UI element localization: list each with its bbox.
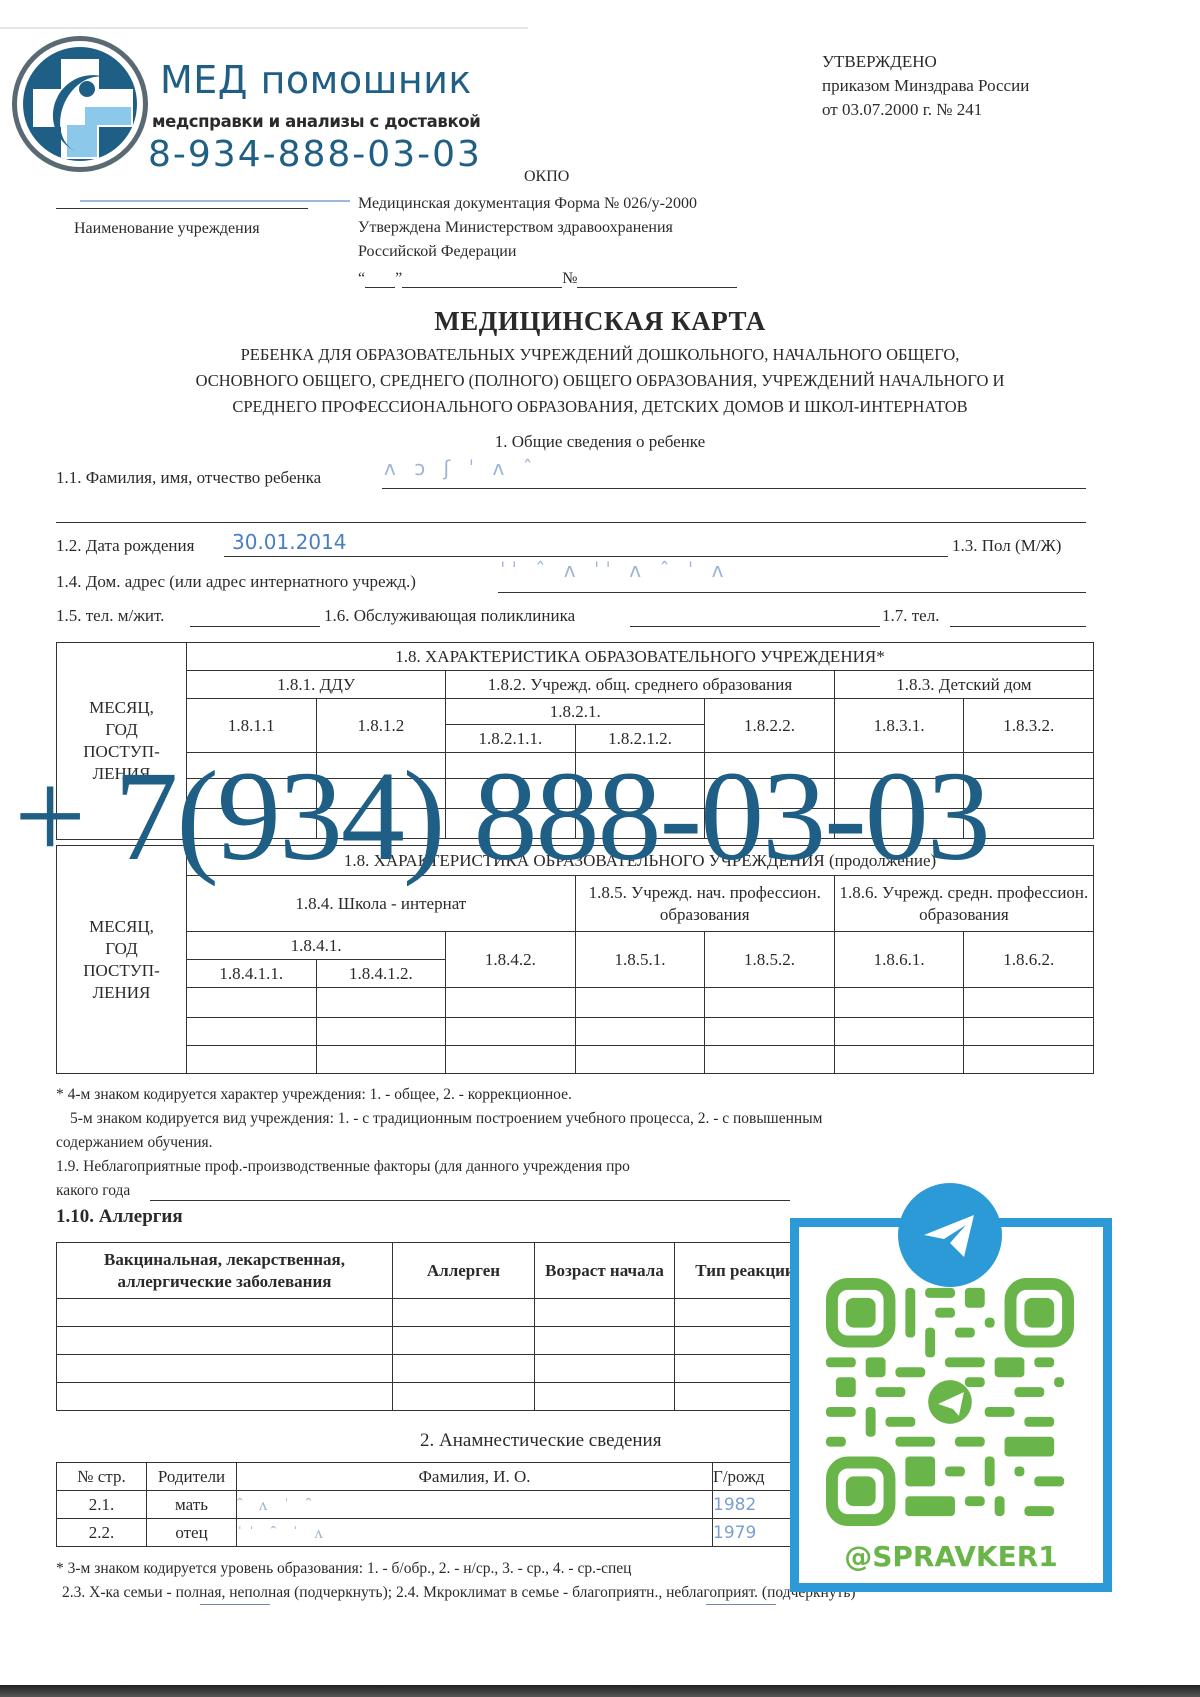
institution-label: Наименование учреждения xyxy=(74,220,260,238)
col-header: 1.8.6.1. xyxy=(834,932,964,988)
note-5: какого года xyxy=(56,1182,130,1200)
col-header: Фамилия, И. О. xyxy=(237,1463,713,1491)
okpo-label: ОКПО xyxy=(524,168,569,186)
clinic-label: 1.6. Обслуживающая поликлиника xyxy=(324,606,575,626)
institution-field[interactable] xyxy=(56,208,308,209)
day-field[interactable] xyxy=(365,271,395,288)
table-row xyxy=(57,1355,816,1383)
phone-field[interactable] xyxy=(190,626,320,627)
col-header: 1.8.6.2. xyxy=(964,932,1094,988)
logo-tagline: медсправки и анализы с доставкой xyxy=(152,112,480,131)
phone-label: 1.5. тел. м/жит. xyxy=(56,606,164,626)
logo-emblem xyxy=(12,36,148,172)
telegram-handle[interactable]: @SPRAVKER1 xyxy=(790,1540,1112,1573)
logo-phone: 8-934-888-03-03 xyxy=(148,134,482,175)
col-header: 1.8.4.1.2. xyxy=(316,960,446,988)
table-row xyxy=(57,1018,1094,1046)
col-header: Вакцинальная, лекарственная, аллергическ… xyxy=(57,1243,393,1299)
table-row xyxy=(57,988,1094,1018)
scan-top-edge xyxy=(0,27,528,29)
number-field[interactable] xyxy=(577,271,737,288)
year-field[interactable] xyxy=(150,1200,790,1201)
note-4: 1.9. Неблагоприятные проф.-производствен… xyxy=(56,1158,630,1176)
qr-code[interactable] xyxy=(826,1278,1074,1526)
col-header: Аллерген xyxy=(393,1243,535,1299)
page-title: МЕДИЦИНСКАЯ КАРТА xyxy=(0,306,1200,337)
fio-field-line2[interactable] xyxy=(56,522,1086,523)
underline-favorable xyxy=(706,1604,776,1605)
col-header: 1.8.5.2. xyxy=(705,932,835,988)
note-1: * 4-м знаком кодируется характер учрежде… xyxy=(56,1086,572,1104)
fio-label: 1.1. Фамилия, имя, отчество ребенка xyxy=(56,468,321,488)
table-title: 1.8. ХАРАКТЕРИСТИКА ОБРАЗОВАТЕЛЬНОГО УЧР… xyxy=(187,643,1094,671)
clinic-field[interactable] xyxy=(630,626,880,627)
note-3: содержанием обучения. xyxy=(56,1134,213,1152)
table-row xyxy=(57,1299,816,1327)
address-field[interactable] xyxy=(498,592,1086,593)
form-info: Медицинская документация Форма № 026/у-2… xyxy=(358,192,697,264)
fio-field[interactable] xyxy=(382,488,1086,489)
subgroup-header: 1.8.2.1. xyxy=(446,699,705,725)
col-header: Родители xyxy=(147,1463,237,1491)
table-row: 2.2. отец ˈˈ ˆ ˈ ʌ 1979 xyxy=(57,1519,816,1547)
scan-bottom-edge xyxy=(0,1685,1200,1697)
table-row xyxy=(57,1383,816,1411)
tel-field[interactable] xyxy=(950,626,1086,627)
mother-name[interactable]: ˆ ʌ ˈ ˆ xyxy=(237,1491,713,1519)
logo-brand: МЕД помошник xyxy=(160,58,472,102)
approval-block: УТВЕРЖДЕНО приказом Минздрава России от … xyxy=(822,50,1029,122)
birth-field[interactable] xyxy=(224,556,948,557)
note-family: 2.3. Х-ка семьи - полная, неполная (подч… xyxy=(62,1584,856,1602)
allergy-table: Вакцинальная, лекарственная, аллергическ… xyxy=(56,1242,816,1411)
page-subtitle: РЕБЕНКА ДЛЯ ОБРАЗОВАТЕЛЬНЫХ УЧРЕЖДЕНИЙ Д… xyxy=(0,342,1200,420)
birth-value: 30.01.2014 xyxy=(232,530,347,554)
address-handwriting: ˈˈ ˆ ʌ ˈˈ ʌ ˆ ˈ ʌ xyxy=(500,558,730,582)
note-2: 5-м знаком кодируется вид учреждения: 1.… xyxy=(70,1110,822,1128)
note-education: * 3-м знаком кодируется уровень образова… xyxy=(56,1560,631,1578)
fio-handwriting: ʌ ɔ ʃ ˈ ʌ ˆ xyxy=(384,456,539,480)
group-header: 1.8.1. ДДУ xyxy=(187,671,446,699)
col-header: 1.8.5.1. xyxy=(575,932,705,988)
sex-label: 1.3. Пол (М/Ж) xyxy=(952,536,1061,556)
month-field[interactable] xyxy=(402,271,562,288)
address-label: 1.4. Дом. адрес (или адрес интернатного … xyxy=(56,572,416,592)
col-header: № стр. xyxy=(57,1463,147,1491)
group-header: 1.8.2. Учрежд. общ. среднего образования xyxy=(446,671,835,699)
subgroup-header: 1.8.4.1. xyxy=(187,932,446,960)
watermark-phone: + 7(934) 888-03-03 xyxy=(14,752,989,880)
col-header: Возраст начала xyxy=(535,1243,675,1299)
underline-full-family xyxy=(200,1604,270,1605)
group-header: 1.8.3. Детский дом xyxy=(834,671,1093,699)
tel-label: 1.7. тел. xyxy=(882,606,939,626)
section-2-title: 2. Анамнестические сведения xyxy=(420,1430,661,1452)
institution-handwriting xyxy=(80,200,350,202)
telegram-icon xyxy=(898,1183,1002,1287)
table-row xyxy=(57,1327,816,1355)
date-number-line: “”№ xyxy=(358,270,737,288)
section-1-title: 1. Общие сведения о ребенке xyxy=(0,432,1200,452)
table-row: 2.1. мать ˆ ʌ ˈ ˆ 1982 xyxy=(57,1491,816,1519)
medical-cross-person-icon xyxy=(23,47,137,161)
allergy-title: 1.10. Аллергия xyxy=(56,1206,183,1228)
col-header: 1.8.4.2. xyxy=(446,932,576,988)
col-header: 1.8.4.1.1. xyxy=(187,960,317,988)
father-name[interactable]: ˈˈ ˆ ˈ ʌ xyxy=(237,1519,713,1547)
parents-table: № стр. Родители Фамилия, И. О. Г/рожд 2.… xyxy=(56,1462,816,1547)
birth-label: 1.2. Дата рождения xyxy=(56,536,194,556)
table-row xyxy=(57,1046,1094,1074)
